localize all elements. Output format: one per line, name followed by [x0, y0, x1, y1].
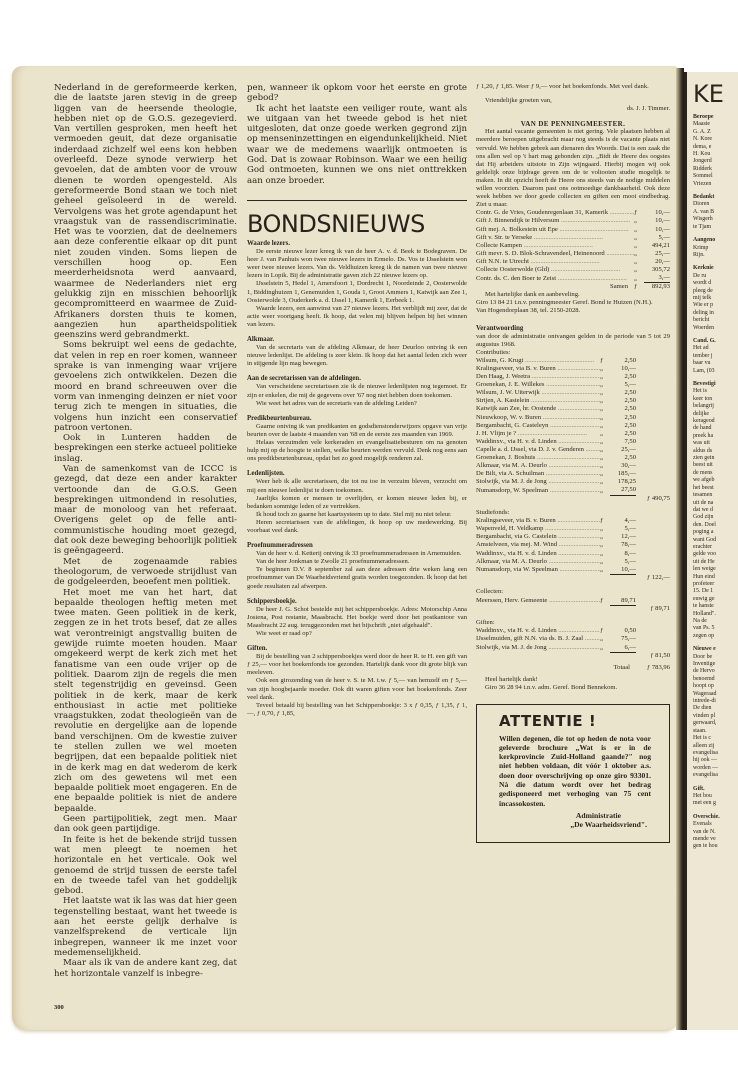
- next-page-line: gen te hou: [693, 843, 738, 850]
- ledger-row: Stolwijk, via M. J. de Jong ............…: [476, 478, 670, 486]
- next-page-line: hoopt op: [693, 683, 738, 690]
- leader-dots: ........................................…: [547, 558, 600, 565]
- next-page-line: Lam, (03: [693, 368, 738, 375]
- next-page-line: erachter: [693, 544, 738, 551]
- leader-dots: ........................................…: [557, 627, 600, 634]
- next-page-line: hij ook —: [693, 757, 738, 764]
- entry-currency: „: [600, 478, 610, 486]
- leader-dots: ........................................…: [558, 226, 629, 233]
- next-page-line: Vriezen: [693, 181, 738, 188]
- total-label: Samen: [476, 283, 634, 291]
- entry-currency: „: [634, 258, 644, 266]
- ledger-row: Collecte Kampen ........................…: [476, 242, 670, 250]
- ledger-row: Kralingseveer, via B. v. Buren .........…: [476, 517, 670, 525]
- entry-name: Gift mej. A. Bolkestein uit Epe ........…: [476, 226, 634, 234]
- column-3: ƒ 1,20, ƒ 1,85. Weer ƒ 9,— voor het boek…: [476, 83, 670, 843]
- ledger-row: Amstelveen, via mej. M. Wind ...........…: [476, 541, 670, 549]
- ledger-row: De Bilt, via A. Schuilman ..............…: [476, 470, 670, 478]
- leader-dots: ........................................…: [549, 266, 620, 273]
- entry-name-text: Alkmaar, via M. A. Deurlo: [476, 462, 547, 469]
- entry-amount: 494,21: [644, 242, 670, 250]
- account-group-label: Contributies:: [476, 349, 670, 357]
- subtotal-cell: [636, 541, 670, 549]
- leader-dots: ........................................…: [558, 566, 600, 573]
- ledger-row: Waddinxv., via H. v. d. Linden .........…: [476, 550, 670, 558]
- entry-amount: 8,—: [610, 550, 636, 558]
- next-page-line: gerwaard,: [693, 720, 738, 727]
- news-paragraph: Van de heer Jonkman te Zwolle 21 proefnu…: [247, 558, 467, 566]
- leader-dots: ........................................…: [547, 597, 600, 604]
- notice-signature-1: Administratie: [499, 811, 651, 820]
- entry-currency: „: [600, 389, 610, 397]
- next-page-line: was uit: [693, 440, 738, 447]
- news-section-heading: Schippersboekje.: [247, 598, 467, 606]
- leader-dots: ........................................…: [547, 462, 600, 469]
- ledger-row: Collecte Oosterwolde (Gld) .............…: [476, 266, 670, 274]
- accounts-total-amount: ƒ 783,96: [636, 664, 670, 672]
- entry-amount: 10,—: [644, 226, 670, 234]
- accounts-total-label: Totaal: [476, 664, 636, 672]
- next-page-line: Gift.: [693, 786, 738, 793]
- subtotal-cell: [636, 644, 670, 653]
- subtotal-cell: [636, 550, 670, 558]
- entry-name-text: De Bilt, via A. Schuilman: [476, 470, 544, 477]
- entry-amount: 10,—: [644, 209, 670, 217]
- next-page-line: Holland".: [693, 611, 738, 618]
- ledger-row: Contr. G. de Vries, Goudenregenlaan 31, …: [476, 209, 670, 217]
- next-page-line: keer ton: [693, 396, 738, 403]
- next-page-line: Inventige: [693, 661, 738, 668]
- article-paragraph: Maar als ik van de andere kant zeg, dat …: [54, 958, 237, 979]
- news-paragraph: Jaarlijks komen er mensen te overlijden,…: [247, 495, 467, 511]
- ledger-row: Gift v. Str. te Yerseke ................…: [476, 234, 670, 242]
- entry-currency: „: [634, 234, 644, 242]
- entry-amount: 2,50: [610, 373, 636, 381]
- next-page-line: vinden pl: [693, 713, 738, 720]
- subtotal-cell: [636, 397, 670, 405]
- next-page-line: gelde voo: [693, 551, 738, 558]
- entry-name-text: Numansdorp, via W. Speelman: [476, 566, 558, 573]
- next-page-line: kerageod: [693, 418, 738, 425]
- entry-currency: ƒ: [600, 357, 610, 365]
- next-page-line: zien gein: [693, 455, 738, 462]
- next-page-line: Het is c: [693, 735, 738, 742]
- entry-name: Gift N.N. te Utrecht ...................…: [476, 258, 634, 266]
- next-page-line: delijke: [693, 411, 738, 418]
- news-paragraph: Heren secretarissen van de afdelingen, i…: [247, 519, 467, 535]
- next-page-line: met een g: [693, 800, 738, 807]
- leader-dots: ........................................…: [530, 373, 600, 380]
- entry-amount: 2,50: [610, 357, 636, 365]
- news-paragraph: Bij de bestelling van 2 schippersboekjes…: [247, 653, 467, 677]
- ledger-row: Gift J. Binnendijk te Hilversum ........…: [476, 217, 670, 225]
- entry-name-text: Bergambacht, G. Casteleyn: [476, 422, 548, 429]
- leader-dots: ........................................…: [543, 525, 600, 532]
- news-paragraph: Waarde lezers, een aanwinst van 27 nieuw…: [247, 305, 467, 329]
- next-page-line: benoemd: [693, 676, 738, 683]
- entry-name-text: Gift N.N. te Utrecht: [476, 258, 529, 265]
- subtotal-cell: [636, 357, 670, 365]
- entry-amount: 2,50: [610, 397, 636, 405]
- notice-signature-2: „De Waarheidsvriend".: [499, 820, 651, 829]
- article-paragraph: In feite is het de bekende strijd tussen…: [54, 835, 237, 897]
- leader-dots: ........................................…: [547, 478, 600, 485]
- accounts-groups: Contributies:Wilsum, G. Krugt ..........…: [476, 349, 670, 660]
- next-page-line: pleeg de: [693, 288, 738, 295]
- entry-name-text: IJsselmuiden, gift N.N. via ds. B. J. Za…: [476, 635, 583, 642]
- next-page-fragment: KE Beroepe MaasteG. A. ZN. Koredema, eH.…: [693, 80, 738, 851]
- next-page-line: len weige: [693, 566, 738, 573]
- entry-name: Katwijk aan Zee, hr. Oostende ..........…: [476, 405, 600, 413]
- leader-dots: ........................................…: [522, 242, 593, 249]
- leader-dots: ........................................…: [584, 446, 600, 453]
- entry-currency: ƒ: [600, 517, 610, 525]
- group-subtotal: ƒ 81,50: [636, 652, 670, 660]
- news-paragraph: Teveel betaald bij bestelling van het Sc…: [247, 702, 467, 718]
- next-page-line: den. Doel: [693, 522, 738, 529]
- next-page-line: Beroepe: [693, 114, 738, 121]
- next-page-line: bericht: [693, 317, 738, 324]
- entry-amount: 0,50: [610, 627, 636, 635]
- entry-currency: „: [634, 250, 644, 258]
- next-page-line: Bedankt: [693, 194, 738, 201]
- subtotal-cell: [636, 486, 670, 495]
- ledger-row: Meerssen, Herv. Gemeente ...............…: [476, 597, 670, 606]
- account-group-table: Waddinxv., via H. v. d. Linden .........…: [476, 627, 670, 660]
- entry-name-text: Strijen, A. Kastelein: [476, 397, 529, 404]
- leader-dots: ........................................…: [529, 258, 600, 265]
- bondsnieuws-sections: Waarde lezers.De eerste nieuwe lezer kre…: [247, 240, 467, 718]
- attentie-notice-box: ATTENTIE ! Willen degenen, die tot op he…: [476, 704, 670, 842]
- ledger-row: Waddinxv., via H. v. d. Linden .........…: [476, 438, 670, 446]
- subtotal-cell: [636, 462, 670, 470]
- news-section-heading: Alkmaar.: [247, 336, 467, 344]
- subtotal-cell: [636, 597, 670, 606]
- next-page-line: de Hervo: [693, 668, 738, 675]
- entry-name: Gift mevr. S. D. Blok-Schravendeel, Hein…: [476, 250, 634, 258]
- leader-dots: ........................................…: [557, 533, 600, 540]
- entry-currency: „: [600, 550, 610, 558]
- entry-amount: 2,50: [610, 414, 636, 422]
- entry-name: Numansdorp, via W. Speelman ............…: [476, 566, 600, 575]
- entry-amount: 2,50: [610, 405, 636, 413]
- signature: ds. J. J. Timmer.: [476, 105, 670, 113]
- subtotal-cell: [636, 478, 670, 486]
- entry-name: Alkmaar, via M. A. Deurlo ..............…: [476, 558, 600, 566]
- entry-name: Waddinxv., via H. v. d. Linden .........…: [476, 550, 600, 558]
- spacer: [600, 652, 610, 660]
- leader-dots: ........................................…: [544, 470, 600, 477]
- entry-name: Collecte Kampen ........................…: [476, 242, 634, 250]
- entry-name: Wapenveld, H. Veldkamp .................…: [476, 525, 600, 533]
- entry-name: Den Haag, J. Weetra ....................…: [476, 373, 600, 381]
- news-section-heading: Proefnummeradressen: [247, 542, 467, 550]
- entry-amount: 89,71: [610, 597, 636, 606]
- next-page-line: Jongerd: [693, 158, 738, 165]
- entry-name: Collecte Oosterwolde (Gld) .............…: [476, 266, 634, 274]
- entry-name: Nieuwkoop, W. v. Buren .................…: [476, 414, 600, 422]
- next-page-line: Cand. G.: [693, 338, 738, 345]
- entry-name: Wilsum, G. Krugt .......................…: [476, 357, 600, 365]
- next-page-line: evangelisa: [693, 772, 738, 779]
- next-page-line: Maaste: [693, 121, 738, 128]
- ledger-row: Contr. ds. C. den Boer te Zeist ........…: [476, 274, 670, 283]
- entry-name-text: Gift J. Binnendijk te Hilversum: [476, 217, 559, 224]
- next-page-line: G. A. Z: [693, 129, 738, 136]
- article-paragraph: Ook in Lunteren hadden de besprekingen e…: [54, 433, 237, 464]
- leader-dots: ........................................…: [547, 644, 600, 651]
- next-page-line: euwig ge: [693, 596, 738, 603]
- ledger-row: Gift mej. A. Bolkestein uit Epe ........…: [476, 226, 670, 234]
- news-paragraph: Wie weet het adres van de secretaris van…: [247, 400, 467, 408]
- next-page-line: worden —: [693, 765, 738, 772]
- ledger-row: Strijen, A. Kastelein ..................…: [476, 397, 670, 405]
- leader-dots: ........................................…: [516, 430, 587, 437]
- article-paragraph: Ik acht het laatste een veiliger route, …: [247, 104, 467, 186]
- entry-name: Kralingseveer, via B. v. Buren .........…: [476, 365, 600, 373]
- subtotal-cell: [636, 525, 670, 533]
- entry-name: Capelle a. d. IJssel, via D. J. v. Gende…: [476, 446, 600, 454]
- entry-currency: „: [600, 405, 610, 413]
- leader-dots: ........................................…: [556, 365, 600, 372]
- subtotal-cell: [636, 627, 670, 635]
- next-page-line: Door be: [693, 654, 738, 661]
- entry-currency: „: [600, 365, 610, 373]
- next-page-line: Het is: [693, 388, 738, 395]
- entry-currency: „: [634, 242, 644, 250]
- spacer: [476, 652, 600, 660]
- subtotal-cell: [636, 414, 670, 422]
- leader-dots: ........................................…: [605, 250, 634, 257]
- entry-name: J. H. Vlijm je ? .......................…: [476, 430, 600, 438]
- leader-dots: ........................................…: [556, 275, 627, 282]
- entry-name-text: Den Haag, J. Weetra: [476, 373, 530, 380]
- entry-name: Strijen, A. Kastelein ..................…: [476, 397, 600, 405]
- treasurer-heading: VAN DE PENNINGMEESTER.: [476, 120, 670, 128]
- leader-dots: ........................................…: [559, 217, 630, 224]
- entry-currency: „: [600, 430, 610, 438]
- entry-currency: „: [600, 422, 610, 430]
- leader-dots: ........................................…: [557, 550, 600, 557]
- entry-currency: „: [634, 274, 644, 283]
- next-page-line: H. Kou: [693, 151, 738, 158]
- total-amount: 892,93: [644, 283, 670, 291]
- subtotal-cell: [636, 422, 670, 430]
- ledger-row: Alkmaar, via M. A. Deurlo ..............…: [476, 462, 670, 470]
- subtotal-cell: [636, 566, 670, 575]
- entry-name: Bergambacht, via G. Castelein ..........…: [476, 533, 600, 541]
- entry-currency: „: [600, 486, 610, 495]
- spacer: [476, 495, 600, 503]
- ledger-row: Bergambacht, via G. Castelein ..........…: [476, 533, 670, 541]
- next-page-line: Sommel: [693, 173, 738, 180]
- next-page-line: Bevestigi: [693, 381, 738, 388]
- entry-amount: 185,—: [610, 470, 636, 478]
- subtotal-cell: [636, 446, 670, 454]
- entry-name-text: Gift v. Str. te Yerseke: [476, 234, 532, 241]
- news-paragraph: Wie weet er raad op?: [247, 630, 467, 638]
- account-group-table: Kralingseveer, via B. v. Buren .........…: [476, 517, 670, 582]
- entry-name-text: Alkmaar, via M. A. Deurlo: [476, 558, 547, 565]
- news-paragraph: De eerste nieuwe lezer kreeg ik van de h…: [247, 248, 467, 280]
- subtotal-rule: [610, 652, 636, 660]
- news-paragraph: IJsselstein 5, Hedel 1, Amersfoort 1, Do…: [247, 280, 467, 304]
- entry-name-text: Gift mevr. S. D. Blok-Schravendeel, Hein…: [476, 250, 605, 257]
- subtotal-cell: [636, 517, 670, 525]
- next-page-title: KE: [693, 80, 738, 108]
- entry-amount: 78,—: [610, 541, 636, 549]
- subtotal-rule: [610, 574, 636, 582]
- entry-name-text: Collecte Kampen: [476, 242, 522, 249]
- leader-dots: ........................................…: [557, 541, 600, 548]
- next-page-line: te Tjam: [693, 224, 738, 231]
- next-page-line: Overschie.: [693, 814, 738, 821]
- next-page-line: N. Kore: [693, 136, 738, 143]
- leader-dots: ........................................…: [529, 397, 600, 404]
- ledger-row: Groenekan, J. E. Willekes ..............…: [476, 381, 670, 389]
- ledger-row: Bergambacht, G. Casteleyn ..............…: [476, 422, 670, 430]
- next-page-line: dema, e: [693, 144, 738, 151]
- news-paragraph: Helaas verzuimden vele kerkeraden en eva…: [247, 439, 467, 463]
- article-paragraph: Van de samenkomst van de ICCC is gezegd,…: [54, 464, 237, 557]
- entry-name-text: Numansdorp, W. Speelman: [476, 487, 548, 494]
- leader-dots: ........................................…: [544, 381, 600, 388]
- entry-name: Contr. G. de Vries, Goudenregenlaan 31, …: [476, 209, 634, 217]
- next-page-line: te hanste: [693, 603, 738, 610]
- entry-name: Stolwijk, via M. J. de Jong ............…: [476, 478, 600, 486]
- entry-amount: 20,—: [644, 258, 670, 266]
- next-page-line: beest uit: [693, 462, 738, 469]
- article-paragraph: Het moet me van het hart, dat bepaalde t…: [54, 588, 237, 815]
- leader-dots: ........................................…: [540, 389, 600, 396]
- next-page-line: belangrij: [693, 403, 738, 410]
- subtotal-cell: [636, 381, 670, 389]
- accounts-thanks: Heel hartelijk dank!: [476, 676, 670, 684]
- entry-name: IJsselmuiden, gift N.N. via ds. B. J. Za…: [476, 635, 600, 643]
- leader-dots: ........................................…: [535, 454, 600, 461]
- subtotal-rule: [610, 495, 636, 503]
- leader-dots: ........................................…: [548, 487, 600, 494]
- leader-dots: ........................................…: [608, 209, 634, 216]
- section-title: BONDSNIEUWS: [247, 211, 467, 237]
- group-subtotal: ƒ 122,—: [636, 574, 670, 582]
- entry-amount: 27,50: [610, 486, 636, 495]
- entry-amount: 3,—: [644, 274, 670, 283]
- entry-currency: „: [600, 381, 610, 389]
- news-paragraph: Weer heb ik alle secretarissen, die tot …: [247, 478, 467, 494]
- subtotal-cell: [636, 558, 670, 566]
- next-page-line: Rijn.: [693, 252, 738, 259]
- entry-amount: 2,50: [610, 389, 636, 397]
- entry-name-text: Wilsum, J. W. Uiterwijk: [476, 389, 540, 396]
- ledger-row: Nieuwkoop, W. v. Buren .................…: [476, 414, 670, 422]
- ledger-row: Capelle a. d. IJssel, via D. J. v. Gende…: [476, 446, 670, 454]
- leader-dots: ........................................…: [556, 405, 600, 412]
- entry-currency: „: [600, 525, 610, 533]
- next-page-line: poging a: [693, 529, 738, 536]
- next-page-line: A. van B: [693, 209, 738, 216]
- next-page-line: God zijn: [693, 514, 738, 521]
- entry-name: Stolwijk, via M. J. de Jong ............…: [476, 644, 600, 653]
- accounts-total: Totaal ƒ 783,96: [476, 664, 670, 672]
- greeting: Vriendelijke groeten van,: [476, 97, 670, 105]
- ledger-row: Kralingseveer, via B. v. Buren .........…: [476, 365, 670, 373]
- news-paragraph: Ook een girozending van de heer v. S. te…: [247, 677, 467, 701]
- entry-name-text: Stolwijk, via M. J. de Jong: [476, 644, 547, 651]
- news-paragraph: Van de secretaris van de afdeling Alkmaa…: [247, 344, 467, 368]
- entry-currency: „: [600, 454, 610, 462]
- ledger-row: Groenekan, J. Boshuis ..................…: [476, 454, 670, 462]
- entry-amount: 12,—: [610, 533, 636, 541]
- next-page-line: wordt d: [693, 280, 738, 287]
- entry-name: Contr. ds. C. den Boer te Zeist ........…: [476, 274, 634, 283]
- column-2: pen, wanneer ik opkom voor het eerste en…: [247, 83, 467, 718]
- entry-name-text: Kralingseveer, via B. v. Buren: [476, 365, 556, 372]
- subtotal-row: ƒ 89,71: [476, 605, 670, 613]
- subtotal-cell: [636, 533, 670, 541]
- entry-name: De Bilt, via A. Schuilman ..............…: [476, 470, 600, 478]
- next-page-line: evangelisa: [693, 750, 738, 757]
- next-page-line: Hun eind: [693, 574, 738, 581]
- ledger-row: J. H. Vlijm je ? .......................…: [476, 430, 670, 438]
- next-page-line: van de N.: [693, 829, 738, 836]
- entry-amount: 75,—: [610, 635, 636, 643]
- entry-currency: „: [600, 470, 610, 478]
- spacer: [476, 605, 600, 613]
- next-page-line: Nieuwe e: [693, 646, 738, 653]
- news-paragraph: Ik houd toch zo gaarne het kaartsysteem …: [247, 511, 467, 519]
- ledger-row: Gift mevr. S. D. Blok-Schravendeel, Hein…: [476, 250, 670, 258]
- entry-currency: „: [600, 644, 610, 653]
- news-paragraph: Te beginnen D.V. 8 september zal aan dez…: [247, 566, 467, 590]
- next-page-line: het beest: [693, 485, 738, 492]
- subtotal-cell: [636, 365, 670, 373]
- entry-amount: 6,—: [610, 644, 636, 653]
- news-section-heading: Waarde lezers.: [247, 240, 467, 248]
- entry-amount: 5,—: [644, 234, 670, 242]
- entry-amount: 2,50: [610, 454, 636, 462]
- next-page-line: we afgeb: [693, 477, 738, 484]
- entry-amount: 2,50: [610, 422, 636, 430]
- entry-name-text: Stolwijk, via M. J. de Jong: [476, 478, 547, 485]
- article-paragraph: Met de zogenaamde rabies theologorum, de…: [54, 557, 237, 588]
- article-paragraph: Soms bekruipt wel eens de gedachte, dat …: [54, 340, 237, 433]
- news-paragraph: Gaarne ontving ik van predikanten en god…: [247, 423, 467, 439]
- ledger-row: Den Haag, J. Weetra ....................…: [476, 373, 670, 381]
- spacer: [600, 605, 610, 613]
- leader-dots: ........................................…: [548, 422, 600, 429]
- leader-dots: ........................................…: [556, 517, 600, 524]
- entry-currency: „: [600, 438, 610, 446]
- entry-name: Meerssen, Herv. Gemeente ...............…: [476, 597, 600, 606]
- entry-currency: „: [600, 533, 610, 541]
- next-page-line: Aangeno: [693, 237, 738, 244]
- entry-name: Amstelveen, via mej. M. Wind ...........…: [476, 541, 600, 549]
- next-page-line: Dioren: [693, 201, 738, 208]
- accounts-heading: Verantwoording: [476, 325, 670, 333]
- entry-name-text: Katwijk aan Zee, hr. Oostende: [476, 405, 556, 412]
- entry-name-text: Bergambacht, via G. Castelein: [476, 533, 557, 540]
- entry-amount: 10,—: [610, 566, 636, 575]
- accounts-giro: Giro 36 28 94 t.n.v. adm. Geref. Bond Be…: [476, 684, 670, 692]
- next-page-line: Krimp: [693, 245, 738, 252]
- entry-name: Waddinxv., via H. v. d. Linden .........…: [476, 627, 600, 635]
- entry-name: Kralingseveer, via B. v. Buren .........…: [476, 517, 600, 525]
- news-paragraph: De heer J. G. Schot bestelde mij het sch…: [247, 606, 467, 630]
- news-section-heading: Ledenlijsten.: [247, 470, 467, 478]
- entry-name-text: J. H. Vlijm je ?: [476, 430, 516, 437]
- next-page-line: De dien: [693, 705, 738, 712]
